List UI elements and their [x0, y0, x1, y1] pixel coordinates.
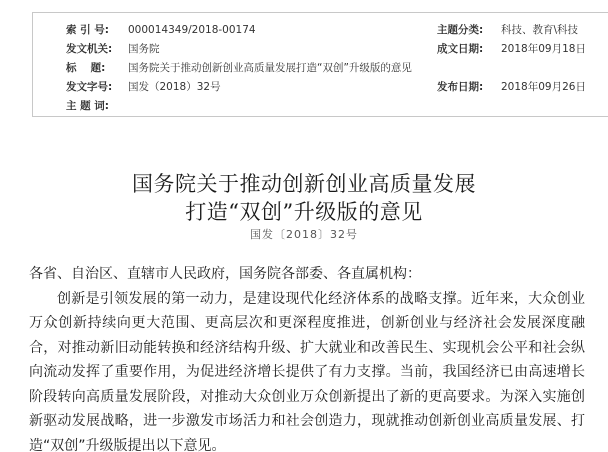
meta-value: 2018年09月26日: [501, 80, 586, 94]
meta-publish-date: 发布日期:2018年09月26日: [437, 80, 586, 94]
body-paragraph: 创新是引领发展的第一动力，是建设现代化经济体系的战略支撑。近年来，大众创业万众创…: [29, 287, 585, 452]
meta-value: 2018年09月18日: [501, 42, 586, 56]
document-title-line-1: 国务院关于推动创新创业高质量发展: [0, 168, 608, 198]
meta-subject-category: 主题分类:科技、教育\科技: [437, 23, 578, 37]
meta-label: 索 引 号:: [66, 23, 128, 37]
meta-title: 标 题:国务院关于推动创新创业高质量发展打造“双创”升级版的意见: [66, 61, 412, 75]
meta-label: 发文机关:: [66, 42, 128, 56]
meta-index-number: 索 引 号:000014349/2018-00174: [66, 23, 256, 37]
meta-label: 发文字号:: [66, 80, 128, 94]
meta-keywords: 主 题 词:: [66, 99, 128, 113]
meta-value: 国发（2018）32号: [128, 80, 221, 94]
meta-issuing-authority: 发文机关:国务院: [66, 42, 160, 56]
meta-document-number: 发文字号:国发（2018）32号: [66, 80, 221, 94]
meta-value: 国务院关于推动创新创业高质量发展打造“双创”升级版的意见: [128, 61, 412, 75]
meta-value: 000014349/2018-00174: [128, 23, 256, 37]
meta-value: 国务院: [128, 42, 160, 56]
document-number: 国发〔2018〕32号: [0, 226, 608, 242]
meta-written-date: 成文日期:2018年09月18日: [437, 42, 586, 56]
document-body: 各省、自治区、直辖市人民政府，国务院各部委、各直属机构： 创新是引领发展的第一动…: [29, 262, 585, 452]
meta-label: 成文日期:: [437, 42, 501, 56]
meta-label: 发布日期:: [437, 80, 501, 94]
document-title-line-2: 打造“双创”升级版的意见: [0, 196, 608, 226]
meta-label: 主 题 词:: [66, 99, 128, 113]
meta-value: 科技、教育\科技: [501, 23, 578, 37]
meta-label: 标 题:: [66, 61, 128, 75]
meta-label: 主题分类:: [437, 23, 501, 37]
salutation: 各省、自治区、直辖市人民政府，国务院各部委、各直属机构：: [29, 262, 585, 287]
